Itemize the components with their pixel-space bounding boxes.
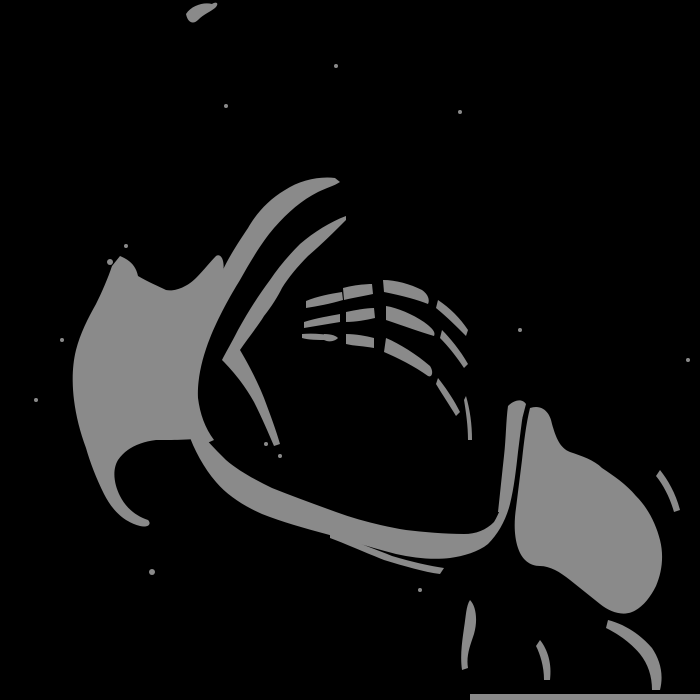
photo-canvas — [0, 0, 700, 700]
thresholded-photo — [0, 0, 700, 700]
